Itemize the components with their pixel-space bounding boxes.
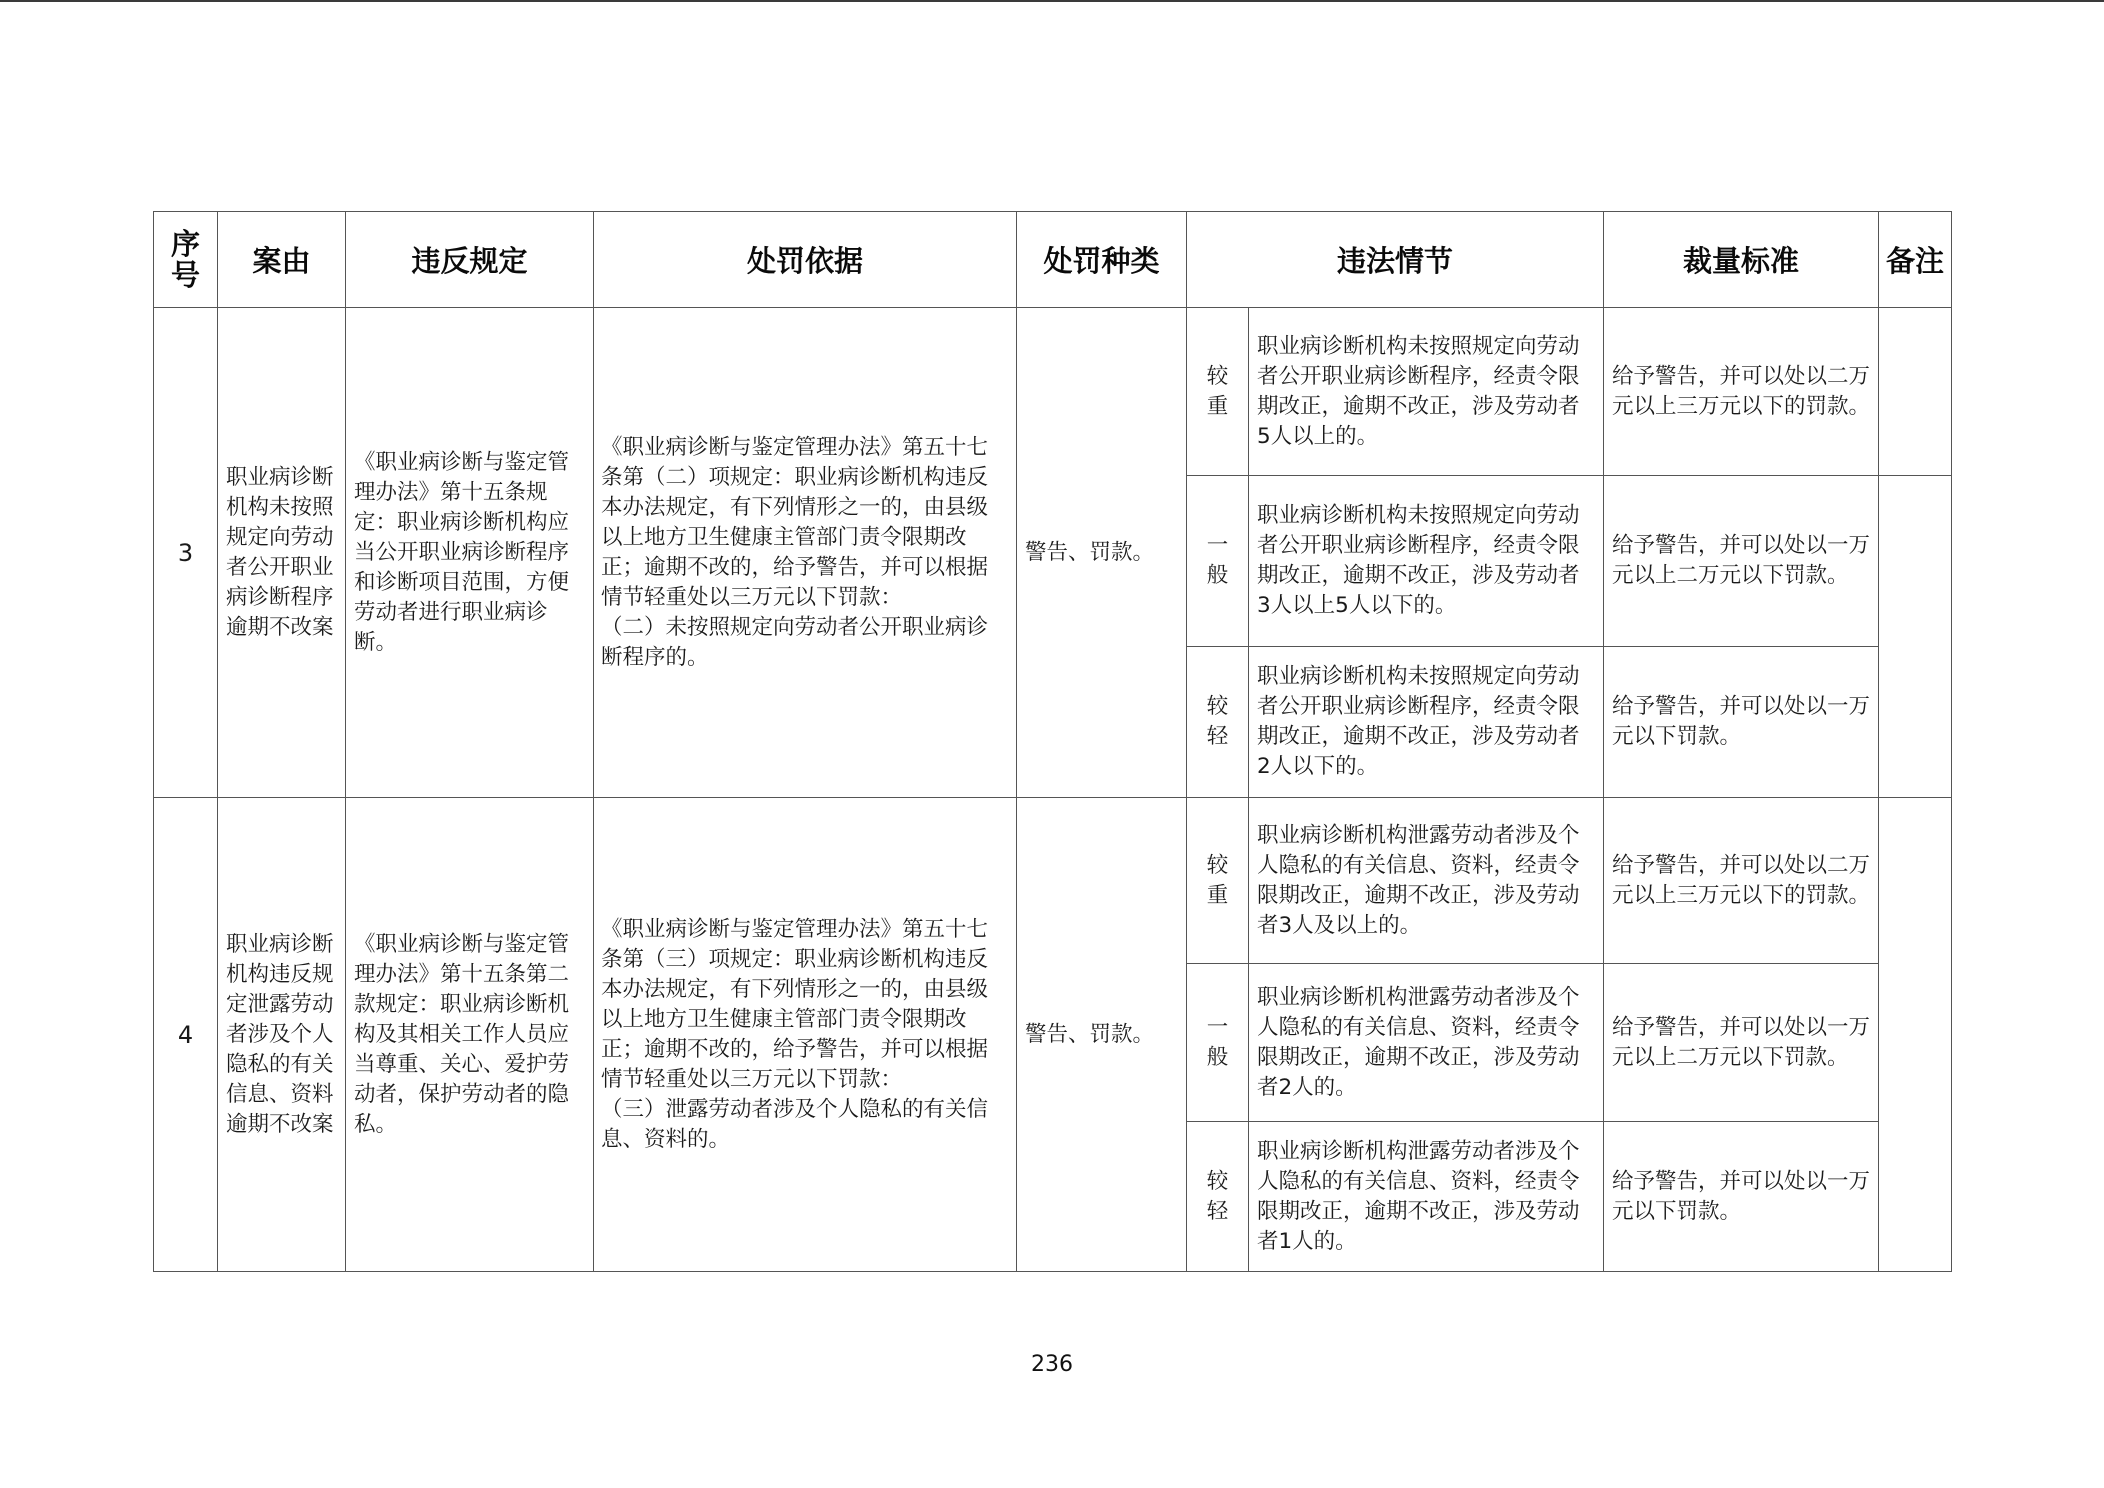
remark-cell	[1879, 798, 1952, 1272]
header-violated-rule: 违反规定	[346, 212, 594, 308]
header-circumstances: 违法情节	[1187, 212, 1604, 308]
header-penalty-basis: 处罚依据	[594, 212, 1017, 308]
level-cell-general: 一 般	[1187, 964, 1249, 1122]
violated-rule-cell: 《职业病诊断与鉴定管理办法》第十五条第二款规定：职业病诊断机构及其相关工作人员应…	[346, 798, 594, 1272]
header-discretion-standard: 裁量标准	[1604, 212, 1879, 308]
seq-cell: 3	[154, 308, 218, 798]
standard-cell: 给予警告，并可以处以一万元以下罚款。	[1604, 1122, 1879, 1272]
standard-cell: 给予警告，并可以处以二万元以上三万元以下的罚款。	[1604, 798, 1879, 964]
penalty-type-cell: 警告、罚款。	[1017, 798, 1187, 1272]
remark-cell	[1879, 308, 1952, 476]
level-cell-serious: 较 重	[1187, 308, 1249, 476]
seq-cell: 4	[154, 798, 218, 1272]
level-cell-general: 一 般	[1187, 476, 1249, 647]
penalty-basis-cell: 《职业病诊断与鉴定管理办法》第五十七条第（三）项规定：职业病诊断机构违反本办法规…	[594, 798, 1017, 1272]
cause-cell: 职业病诊断机构违反规定泄露劳动者涉及个人隐私的有关信息、资料逾期不改案	[218, 798, 346, 1272]
penalty-discretion-table: 序 号 案由 违反规定 处罚依据 处罚种类 违法情节 裁量标准 备注 3 职业病…	[153, 211, 1952, 1272]
cause-cell: 职业病诊断机构未按照规定向劳动者公开职业病诊断程序逾期不改案	[218, 308, 346, 798]
penalty-type-cell: 警告、罚款。	[1017, 308, 1187, 798]
level-cell-minor: 较 轻	[1187, 1122, 1249, 1272]
level-cell-serious: 较 重	[1187, 798, 1249, 964]
circumstance-cell: 职业病诊断机构未按照规定向劳动者公开职业病诊断程序，经责令限期改正，逾期不改正，…	[1249, 308, 1604, 476]
header-seq: 序 号	[154, 212, 218, 308]
circumstance-cell: 职业病诊断机构泄露劳动者涉及个人隐私的有关信息、资料，经责令限期改正，逾期不改正…	[1249, 1122, 1604, 1272]
page-number: 236	[0, 1352, 2104, 1377]
header-cause: 案由	[218, 212, 346, 308]
standard-cell: 给予警告，并可以处以二万元以上三万元以下的罚款。	[1604, 308, 1879, 476]
standard-cell: 给予警告，并可以处以一万元以下罚款。	[1604, 647, 1879, 798]
circumstance-cell: 职业病诊断机构未按照规定向劳动者公开职业病诊断程序，经责令限期改正，逾期不改正，…	[1249, 476, 1604, 647]
table-row: 3 职业病诊断机构未按照规定向劳动者公开职业病诊断程序逾期不改案 《职业病诊断与…	[154, 308, 1952, 476]
header-remarks: 备注	[1879, 212, 1952, 308]
circumstance-cell: 职业病诊断机构未按照规定向劳动者公开职业病诊断程序，经责令限期改正，逾期不改正，…	[1249, 647, 1604, 798]
header-penalty-type: 处罚种类	[1017, 212, 1187, 308]
circumstance-cell: 职业病诊断机构泄露劳动者涉及个人隐私的有关信息、资料，经责令限期改正，逾期不改正…	[1249, 798, 1604, 964]
table-header-row: 序 号 案由 违反规定 处罚依据 处罚种类 违法情节 裁量标准 备注	[154, 212, 1952, 308]
circumstance-cell: 职业病诊断机构泄露劳动者涉及个人隐私的有关信息、资料，经责令限期改正，逾期不改正…	[1249, 964, 1604, 1122]
standard-cell: 给予警告，并可以处以一万元以上二万元以下罚款。	[1604, 476, 1879, 647]
standard-cell: 给予警告，并可以处以一万元以上二万元以下罚款。	[1604, 964, 1879, 1122]
page-top-border	[0, 0, 2104, 2]
table-row: 4 职业病诊断机构违反规定泄露劳动者涉及个人隐私的有关信息、资料逾期不改案 《职…	[154, 798, 1952, 964]
violated-rule-cell: 《职业病诊断与鉴定管理办法》第十五条规定：职业病诊断机构应当公开职业病诊断程序和…	[346, 308, 594, 798]
penalty-basis-cell: 《职业病诊断与鉴定管理办法》第五十七条第（二）项规定：职业病诊断机构违反本办法规…	[594, 308, 1017, 798]
level-cell-minor: 较 轻	[1187, 647, 1249, 798]
remark-cell	[1879, 476, 1952, 798]
